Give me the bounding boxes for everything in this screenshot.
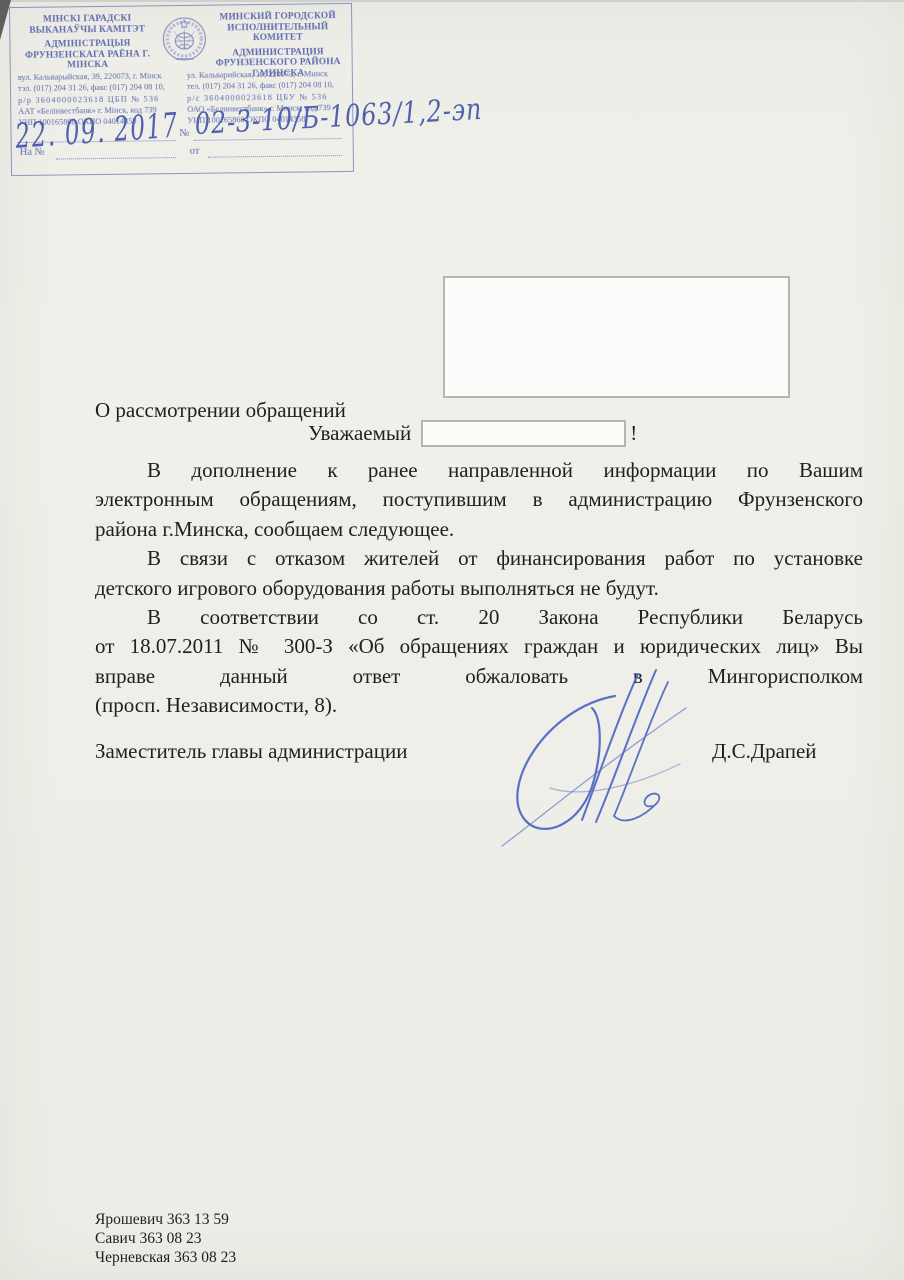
- handwritten-signature: [488, 664, 708, 854]
- body-line: В дополнение к ранее направленной информ…: [95, 456, 863, 485]
- incoming-field-line: [56, 157, 176, 159]
- letter-body: В дополнение к ранее направленной информ…: [95, 456, 863, 721]
- org-line: ФРУНЗЕНСКАГА РАЁНА Г. МІНСКА: [15, 49, 161, 72]
- outgoing-number-label: №: [179, 128, 189, 139]
- incoming-date-label: от: [190, 146, 200, 157]
- name-redaction-box: [421, 420, 626, 447]
- salutation-prefix: Уважаемый: [308, 421, 411, 445]
- recipient-redaction-box: [443, 276, 790, 398]
- org-line: ВЫКАНАЎЧЫ КАМІТЭТ: [14, 24, 160, 36]
- body-line: детского игрового оборудования работы вы…: [95, 574, 863, 603]
- org-line: ИСПОЛНИТЕЛЬНЫЙ КОМИТЕТ: [208, 22, 347, 45]
- body-line: района г.Минска, сообщаем следующее.: [95, 515, 863, 544]
- body-line: вправе данный ответ обжаловать в Мингори…: [95, 662, 863, 691]
- contact-line: Ярошевич 363 13 59: [95, 1211, 236, 1230]
- body-line: В связи с отказом жителей от финансирова…: [95, 544, 863, 573]
- contact-line: Черневская 363 08 23: [95, 1249, 236, 1268]
- signer-position-title: Заместитель главы администрации: [95, 739, 407, 764]
- body-line: электронным обращениям, поступившим в ад…: [95, 485, 863, 514]
- executor-contacts: Ярошевич 363 13 59 Савич 363 08 23 Черне…: [95, 1211, 236, 1267]
- salutation-line: Уважаемый!: [308, 420, 637, 447]
- scan-artifact-top-edge: [0, 0, 904, 2]
- scanned-letter-page: МІНСКІ ГАРАДСКІ ВЫКАНАЎЧЫ КАМІТЭТ АДМІНІ…: [0, 0, 904, 1280]
- belarus-coat-of-arms-icon: [160, 13, 209, 68]
- signer-name: Д.С.Драпей: [712, 739, 817, 764]
- body-line: (просп. Независимости, 8).: [95, 691, 863, 720]
- body-line: от 18.07.2011 № 300-З «Об обращениях гра…: [95, 632, 863, 661]
- body-line: В соответствии со ст. 20 Закона Республи…: [95, 603, 863, 632]
- org-name-belarusian: МІНСКІ ГАРАДСКІ ВЫКАНАЎЧЫ КАМІТЭТ АДМІНІ…: [14, 13, 161, 72]
- contact-line: Савич 363 08 23: [95, 1230, 236, 1249]
- incoming-date-field-line: [208, 155, 342, 158]
- salutation-suffix: !: [630, 421, 637, 445]
- emblem-wrap: [160, 13, 209, 68]
